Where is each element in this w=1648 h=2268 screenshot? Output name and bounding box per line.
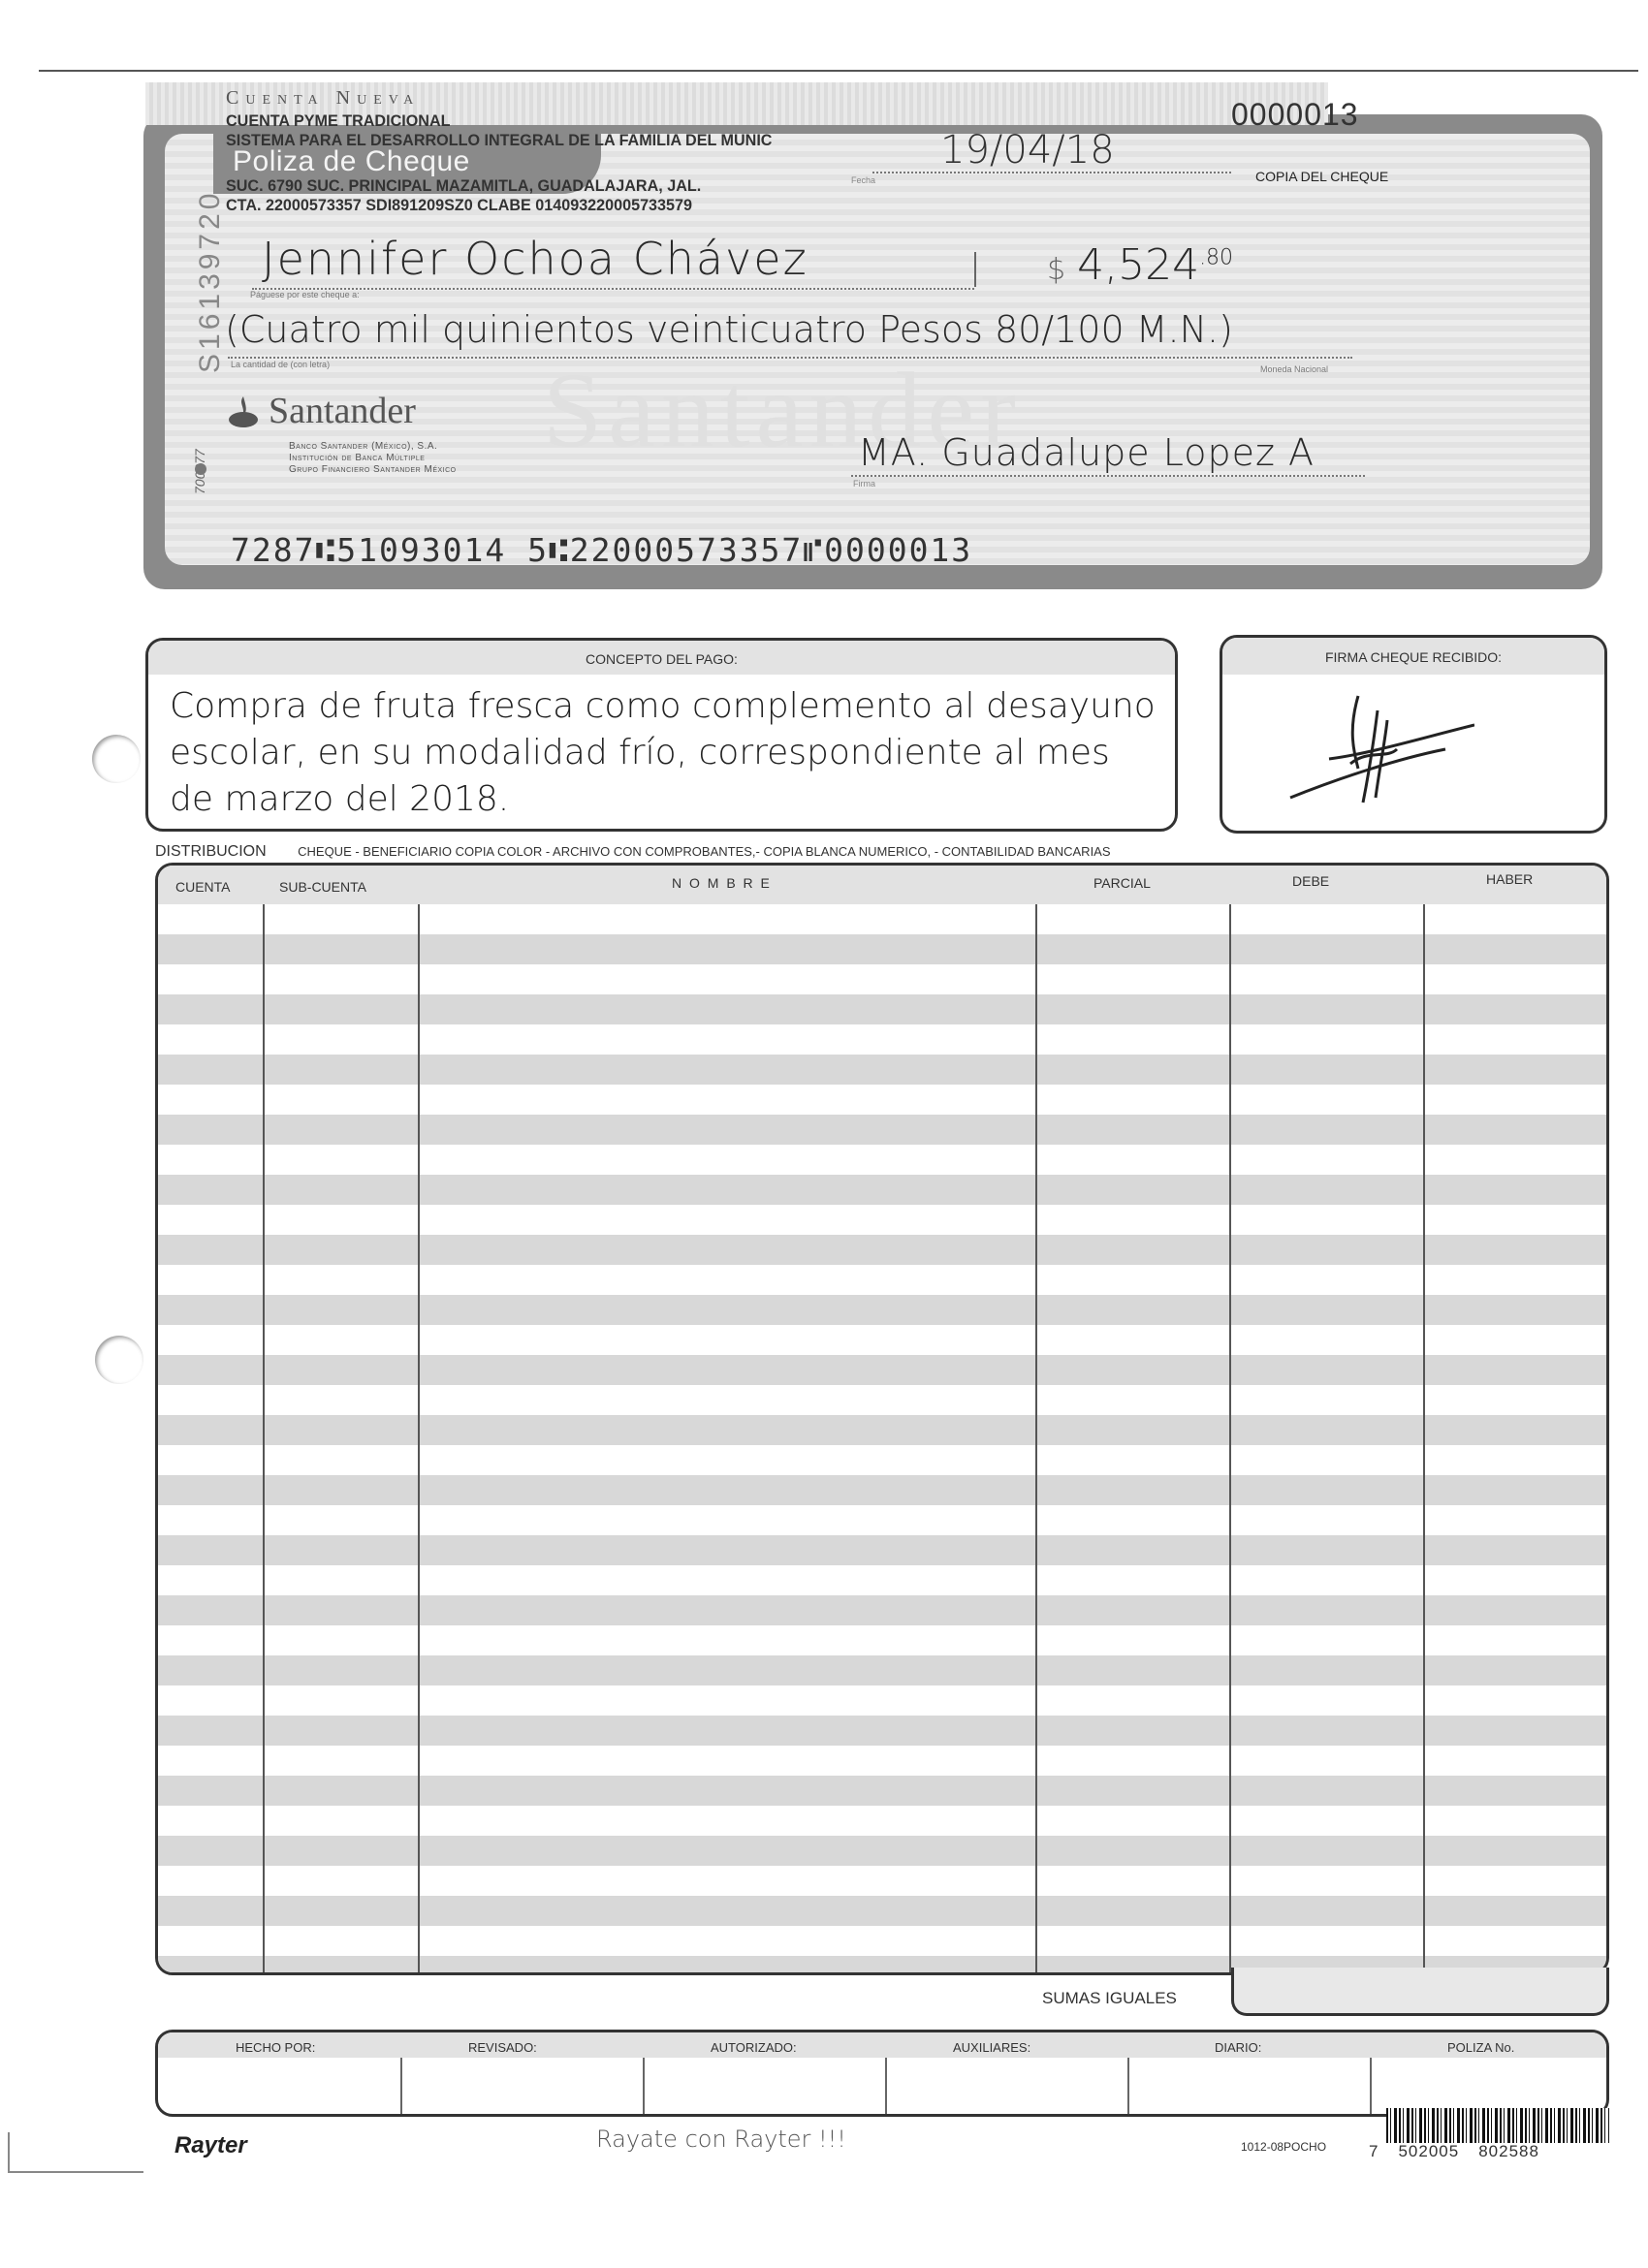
- maker-logo: Rayter: [174, 2132, 247, 2159]
- payment-concept-text: Compra de fruta fresca como complemento …: [170, 683, 1158, 823]
- account-product: CUENTA PYME TRADICIONAL: [226, 111, 772, 131]
- corner-mark: [8, 2132, 10, 2173]
- payee-name: Jennifer Ochoa Chávez: [262, 233, 808, 285]
- cheque-number: 0000013: [1231, 97, 1359, 133]
- currency-label: Moneda Nacional: [1260, 364, 1328, 374]
- field-diario: DIARIO:: [1127, 2032, 1370, 2114]
- amount-integer: 4,524: [1077, 240, 1199, 290]
- date-label: Fecha: [851, 175, 875, 185]
- cheque-date: 19/04/18: [940, 128, 1115, 173]
- distribution-label: DISTRIBUCION: [155, 843, 267, 860]
- payee-line: [252, 288, 974, 290]
- field-auxiliares: AUXILIARES:: [885, 2032, 1127, 2114]
- payment-concept-label: CONCEPTO DEL PAGO:: [148, 641, 1175, 675]
- amount-words-line: [228, 357, 1352, 359]
- punch-hole: [92, 735, 141, 783]
- field-poliza-no: POLIZA No.: [1370, 2032, 1609, 2114]
- field-divider: [1370, 2058, 1372, 2114]
- form-code: 1012-08POCHO: [1241, 2140, 1326, 2154]
- page-edge: [39, 70, 1638, 72]
- bank-logo: Santander: [228, 390, 416, 432]
- bank-legal-line: Grupo Financiero Santander México: [289, 464, 457, 476]
- punch-hole: [95, 1336, 143, 1384]
- branch: SUC. 6790 SUC. PRINCIPAL MAZAMITLA, GUAD…: [226, 176, 772, 196]
- col-header-parcial: PARCIAL: [1093, 875, 1151, 891]
- ledger-header: [158, 866, 1606, 904]
- corner-mark: [8, 2171, 143, 2173]
- account-holder: SISTEMA PARA EL DESARROLLO INTEGRAL DE L…: [226, 131, 772, 150]
- col-divider: [263, 904, 265, 1972]
- security-dot: [195, 463, 206, 475]
- field-divider: [643, 2058, 645, 2114]
- amount-words-label: La cantidad de (con letra): [231, 360, 330, 369]
- copy-label: COPIA DEL CHEQUE: [1255, 169, 1388, 184]
- distribution-text: CHEQUE - BENEFICIARIO COPIA COLOR - ARCH…: [298, 844, 1110, 859]
- field-revisado: REVISADO:: [400, 2032, 643, 2114]
- col-header-haber: HABER: [1486, 871, 1533, 887]
- distribution-line: DISTRIBUCION CHEQUE - BENEFICIARIO COPIA…: [155, 843, 1111, 861]
- account-numbers: CTA. 22000573357 SDI891209SZ0 CLABE 0140…: [226, 196, 772, 215]
- signature-line: [851, 475, 1365, 477]
- totals-label: SUMAS IGUALES: [1042, 1989, 1177, 2008]
- amount-divider: [974, 252, 976, 287]
- bank-legal-line: Institución de Banca Múltiple: [289, 453, 457, 464]
- amount-in-words: (Cuatro mil quinientos veinticuatro Peso…: [225, 308, 1233, 351]
- ledger-table: CUENTA SUB-CUENTA N O M B R E PARCIAL DE…: [155, 863, 1609, 1975]
- field-hecho-por: HECHO POR:: [158, 2032, 400, 2114]
- field-autorizado: AUTORIZADO:: [643, 2032, 885, 2114]
- col-divider: [1035, 904, 1037, 1972]
- field-divider: [1127, 2058, 1129, 2114]
- approval-signatures: HECHO POR: REVISADO: AUTORIZADO: AUXILIA…: [155, 2030, 1609, 2117]
- account-details: CUENTA PYME TRADICIONAL SISTEMA PARA EL …: [226, 111, 801, 215]
- col-header-cuenta: CUENTA: [175, 879, 231, 895]
- field-divider: [885, 2058, 887, 2114]
- payee-label: Páguese por este cheque a:: [250, 290, 360, 299]
- col-divider: [418, 904, 420, 1972]
- bank-name: Santander: [269, 390, 416, 432]
- micr-line: 7287⑆51093014 5⑆22000573357⑈0000013: [231, 531, 972, 569]
- bank-legal-line: Banco Santander (México), S.A.: [289, 441, 457, 453]
- received-signature-box: FIRMA CHEQUE RECIBIDO:: [1220, 635, 1607, 834]
- received-signature-label: FIRMA CHEQUE RECIBIDO:: [1222, 638, 1604, 675]
- handwritten-signature-icon: [1281, 691, 1474, 807]
- col-divider: [1423, 904, 1425, 1972]
- bank-legal-text: Banco Santander (México), S.A. Instituci…: [289, 441, 457, 476]
- flame-icon: [228, 394, 259, 427]
- currency-symbol: $: [1047, 253, 1065, 287]
- barcode-icon: [1386, 2108, 1609, 2143]
- amount: $4,524.80: [1047, 240, 1233, 290]
- signature-label: Firma: [853, 479, 875, 488]
- field-divider: [400, 2058, 402, 2114]
- vertical-serial: S16139720: [194, 190, 227, 374]
- totals-box: [1231, 1968, 1609, 2016]
- payment-concept-box: CONCEPTO DEL PAGO: Compra de fruta fresc…: [145, 638, 1178, 832]
- col-header-subcuenta: SUB-CUENTA: [279, 879, 366, 895]
- account-type-heading: Cuenta Nueva: [226, 87, 420, 110]
- amount-cents: .80: [1199, 245, 1233, 269]
- drawer-signature: MA. Guadalupe Lopez A: [858, 431, 1315, 474]
- barcode-digits: 7502005802588: [1369, 2142, 1559, 2161]
- date-line: [872, 172, 1231, 173]
- col-divider: [1229, 904, 1231, 1972]
- ledger-body: [158, 904, 1606, 1975]
- col-header-nombre: N O M B R E: [672, 875, 772, 891]
- maker-slogan: Rayate con Rayter !!!: [596, 2126, 846, 2153]
- col-header-debe: DEBE: [1292, 873, 1329, 889]
